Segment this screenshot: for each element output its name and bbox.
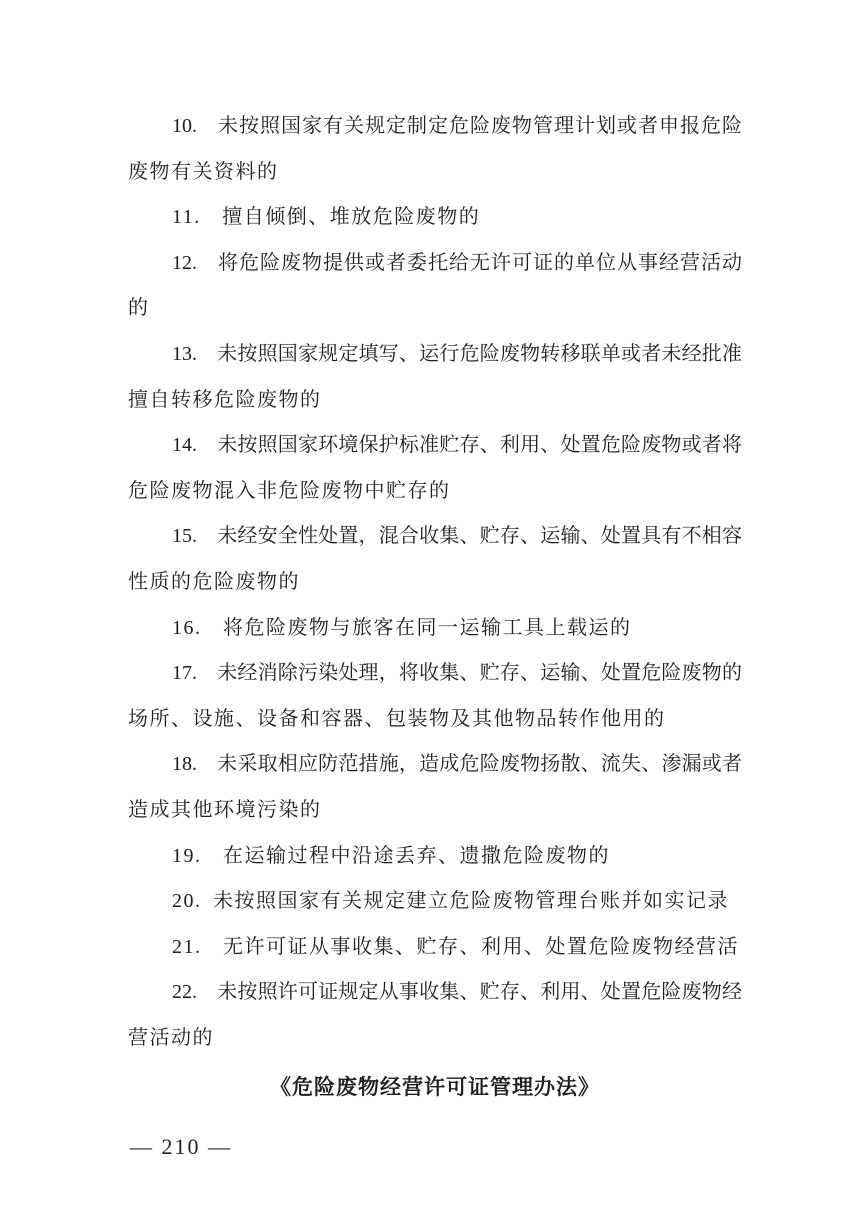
document-line: 危险废物混入非危险废物中贮存的 <box>128 469 742 515</box>
document-line: 22. 未按照许可证规定从事收集、贮存、利用、处置危险废物经 <box>128 970 742 1016</box>
document-line: 的 <box>128 286 742 332</box>
document-line: 19. 在运输过程中沿途丢弃、遗撒危险废物的 <box>128 834 742 880</box>
document-line: 14. 未按照国家环境保护标准贮存、利用、处置危险废物或者将 <box>128 423 742 469</box>
document-line: 造成其他环境污染的 <box>128 788 742 834</box>
document-line: 12. 将危险废物提供或者委托给无许可证的单位从事经营活动 <box>128 241 742 287</box>
document-line: 10. 未按照国家有关规定制定危险废物管理计划或者申报危险 <box>128 104 742 150</box>
page-number: — 210 — <box>130 1132 232 1162</box>
document-page: 10. 未按照国家有关规定制定危险废物管理计划或者申报危险废物有关资料的11. … <box>0 0 868 1227</box>
numbered-list: 10. 未按照国家有关规定制定危险废物管理计划或者申报危险废物有关资料的11. … <box>128 104 742 1061</box>
document-line: 性质的危险废物的 <box>128 560 742 606</box>
document-line: 20. 未按照国家有关规定建立危险废物管理台账并如实记录的 <box>128 879 742 925</box>
document-line: 17. 未经消除污染处理，将收集、贮存、运输、处置危险废物的 <box>128 651 742 697</box>
document-line: 21. 无许可证从事收集、贮存、利用、处置危险废物经营活动的 <box>128 925 742 971</box>
document-line: 场所、设施、设备和容器、包装物及其他物品转作他用的 <box>128 697 742 743</box>
section-heading: 《危险废物经营许可证管理办法》 <box>128 1065 742 1111</box>
document-line: 擅自转移危险废物的 <box>128 378 742 424</box>
document-line: 15. 未经安全性处置，混合收集、贮存、运输、处置具有不相容 <box>128 514 742 560</box>
document-line: 废物有关资料的 <box>128 150 742 196</box>
document-line: 18. 未采取相应防范措施，造成危险废物扬散、流失、渗漏或者 <box>128 742 742 788</box>
document-line: 11. 擅自倾倒、堆放危险废物的 <box>128 195 742 241</box>
document-line: 营活动的 <box>128 1016 742 1062</box>
document-line: 13. 未按照国家规定填写、运行危险废物转移联单或者未经批准 <box>128 332 742 378</box>
document-line: 16. 将危险废物与旅客在同一运输工具上载运的 <box>128 606 742 652</box>
document-body: 10. 未按照国家有关规定制定危险废物管理计划或者申报危险废物有关资料的11. … <box>128 104 742 1111</box>
